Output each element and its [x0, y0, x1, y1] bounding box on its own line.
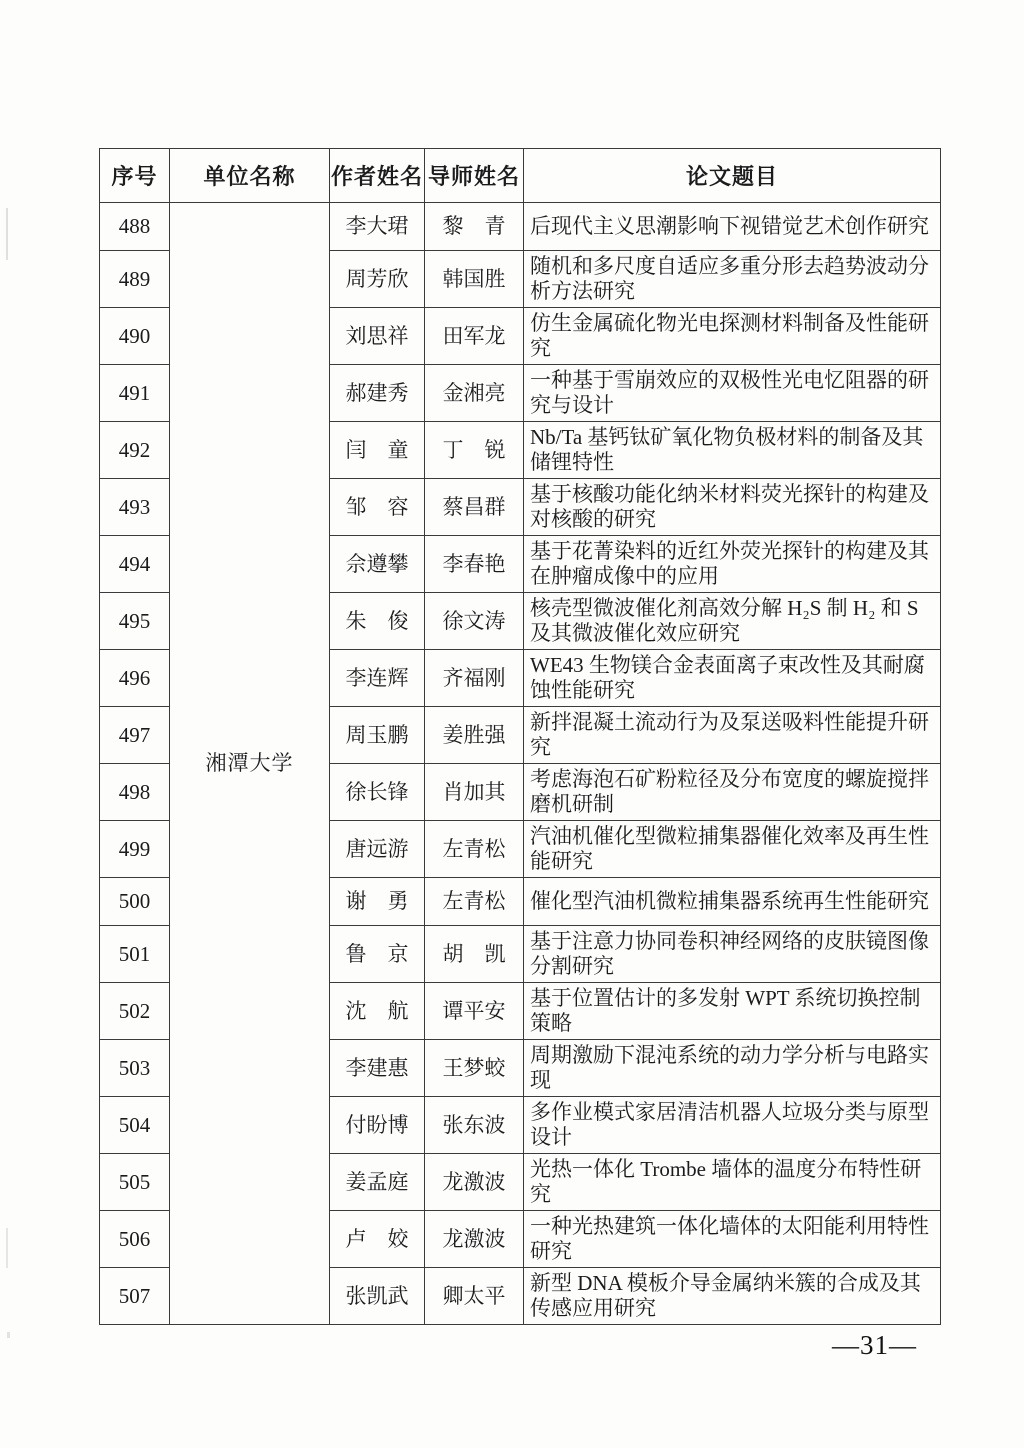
serial-cell: 500 [100, 878, 170, 926]
serial-cell: 490 [100, 308, 170, 365]
serial-cell: 491 [100, 365, 170, 422]
title-cell: 光热一体化 Trombe 墙体的温度分布特性研究 [524, 1154, 941, 1211]
author-cell: 邹 容 [330, 479, 425, 536]
serial-cell: 496 [100, 650, 170, 707]
serial-cell: 495 [100, 593, 170, 650]
title-cell: 新型 DNA 模板介导金属纳米簇的合成及其传感应用研究 [524, 1268, 941, 1325]
advisor-cell: 蔡昌群 [425, 479, 524, 536]
advisor-cell: 胡 凯 [425, 926, 524, 983]
title-cell: 基于花菁染料的近红外荧光探针的构建及其在肿瘤成像中的应用 [524, 536, 941, 593]
title-cell: 周期激励下混沌系统的动力学分析与电路实现 [524, 1040, 941, 1097]
serial-cell: 488 [100, 203, 170, 251]
advisor-cell: 徐文涛 [425, 593, 524, 650]
advisor-cell: 田军龙 [425, 308, 524, 365]
author-cell: 谢 勇 [330, 878, 425, 926]
thesis-table-body: 488湘潭大学李大珺黎 青后现代主义思潮影响下视错觉艺术创作研究489周芳欣韩国… [100, 203, 941, 1325]
advisor-cell: 龙激波 [425, 1154, 524, 1211]
author-cell: 张凯武 [330, 1268, 425, 1325]
author-cell: 郝建秀 [330, 365, 425, 422]
author-cell: 佘遵攀 [330, 536, 425, 593]
serial-cell: 507 [100, 1268, 170, 1325]
title-cell: 新拌混凝土流动行为及泵送吸料性能提升研究 [524, 707, 941, 764]
author-cell: 姜孟庭 [330, 1154, 425, 1211]
serial-cell: 506 [100, 1211, 170, 1268]
advisor-cell: 王梦蛟 [425, 1040, 524, 1097]
serial-cell: 498 [100, 764, 170, 821]
advisor-cell: 谭平安 [425, 983, 524, 1040]
table-row: 488湘潭大学李大珺黎 青后现代主义思潮影响下视错觉艺术创作研究 [100, 203, 941, 251]
serial-column-header: 序号 [100, 149, 170, 203]
advisor-cell: 卿太平 [425, 1268, 524, 1325]
serial-cell: 497 [100, 707, 170, 764]
table-header-row: 序号 单位名称 作者姓名 导师姓名 论文题目 [100, 149, 941, 203]
title-cell: 一种基于雪崩效应的双极性光电忆阻器的研究与设计 [524, 365, 941, 422]
author-cell: 李建惠 [330, 1040, 425, 1097]
title-cell: 催化型汽油机微粒捕集器系统再生性能研究 [524, 878, 941, 926]
author-cell: 刘思祥 [330, 308, 425, 365]
author-cell: 朱 俊 [330, 593, 425, 650]
thesis-list-table: 序号 单位名称 作者姓名 导师姓名 论文题目 488湘潭大学李大珺黎 青后现代主… [99, 148, 941, 1325]
title-cell: 基于核酸功能化纳米材料荧光探针的构建及对核酸的研究 [524, 479, 941, 536]
unit-column-header: 单位名称 [170, 149, 330, 203]
author-cell: 鲁 京 [330, 926, 425, 983]
scan-artifact [7, 1332, 10, 1338]
serial-cell: 502 [100, 983, 170, 1040]
advisor-cell: 肖加其 [425, 764, 524, 821]
serial-cell: 493 [100, 479, 170, 536]
author-cell: 沈 航 [330, 983, 425, 1040]
serial-cell: 501 [100, 926, 170, 983]
university-cell: 湘潭大学 [170, 203, 330, 1325]
advisor-cell: 李春艳 [425, 536, 524, 593]
title-column-header: 论文题目 [524, 149, 941, 203]
serial-cell: 492 [100, 422, 170, 479]
author-cell: 李大珺 [330, 203, 425, 251]
author-cell: 付盼博 [330, 1097, 425, 1154]
title-cell: 仿生金属硫化物光电探测材料制备及性能研究 [524, 308, 941, 365]
scan-artifact [6, 1228, 8, 1268]
advisor-cell: 姜胜强 [425, 707, 524, 764]
serial-cell: 505 [100, 1154, 170, 1211]
advisor-cell: 张东波 [425, 1097, 524, 1154]
advisor-cell: 韩国胜 [425, 251, 524, 308]
serial-cell: 504 [100, 1097, 170, 1154]
author-cell: 徐长锋 [330, 764, 425, 821]
title-cell: 后现代主义思潮影响下视错觉艺术创作研究 [524, 203, 941, 251]
scan-artifact [6, 208, 8, 260]
advisor-column-header: 导师姓名 [425, 149, 524, 203]
advisor-cell: 左青松 [425, 821, 524, 878]
advisor-cell: 齐福刚 [425, 650, 524, 707]
scanned-document-page: 序号 单位名称 作者姓名 导师姓名 论文题目 488湘潭大学李大珺黎 青后现代主… [0, 0, 1024, 1448]
title-cell: 基于位置估计的多发射 WPT 系统切换控制策略 [524, 983, 941, 1040]
title-cell: 基于注意力协同卷积神经网络的皮肤镜图像分割研究 [524, 926, 941, 983]
author-cell: 周芳欣 [330, 251, 425, 308]
title-cell: 考虑海泡石矿粉粒径及分布宽度的螺旋搅拌磨机研制 [524, 764, 941, 821]
author-cell: 闫 童 [330, 422, 425, 479]
author-cell: 卢 姣 [330, 1211, 425, 1268]
title-cell: Nb/Ta 基钙钛矿氧化物负极材料的制备及其储锂特性 [524, 422, 941, 479]
author-column-header: 作者姓名 [330, 149, 425, 203]
title-cell: 核壳型微波催化剂高效分解 H₂S 制 H₂ 和 S 及其微波催化效应研究 [524, 593, 941, 650]
author-cell: 周玉鹏 [330, 707, 425, 764]
advisor-cell: 丁 锐 [425, 422, 524, 479]
advisor-cell: 左青松 [425, 878, 524, 926]
serial-cell: 494 [100, 536, 170, 593]
advisor-cell: 黎 青 [425, 203, 524, 251]
author-cell: 唐远游 [330, 821, 425, 878]
title-cell: 随机和多尺度自适应多重分形去趋势波动分析方法研究 [524, 251, 941, 308]
title-cell: 一种光热建筑一体化墙体的太阳能利用特性研究 [524, 1211, 941, 1268]
title-cell: 多作业模式家居清洁机器人垃圾分类与原型设计 [524, 1097, 941, 1154]
advisor-cell: 龙激波 [425, 1211, 524, 1268]
page-number: —31— [832, 1330, 917, 1361]
title-cell: WE43 生物镁合金表面离子束改性及其耐腐蚀性能研究 [524, 650, 941, 707]
advisor-cell: 金湘亮 [425, 365, 524, 422]
serial-cell: 503 [100, 1040, 170, 1097]
author-cell: 李连辉 [330, 650, 425, 707]
serial-cell: 489 [100, 251, 170, 308]
serial-cell: 499 [100, 821, 170, 878]
title-cell: 汽油机催化型微粒捕集器催化效率及再生性能研究 [524, 821, 941, 878]
